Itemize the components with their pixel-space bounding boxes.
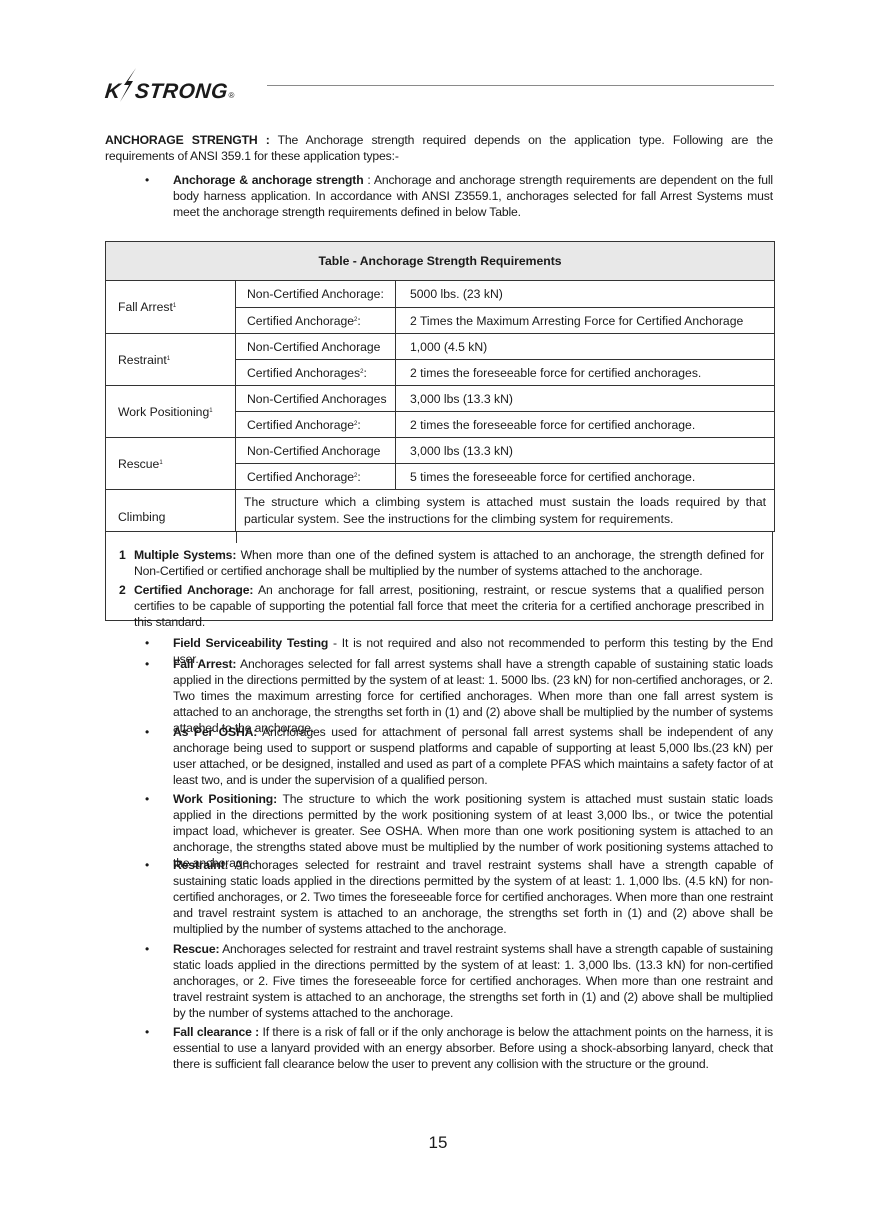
table-group-climbing: Climbing The structure which a climbing …	[106, 490, 774, 531]
table-row: Non-Certified Anchorage:5000 lbs. (23 kN…	[236, 281, 774, 308]
brand-logo: K STRONG ®	[105, 68, 234, 102]
climbing-text: The structure which a climbing system is…	[236, 490, 774, 531]
bullet-icon: •	[145, 172, 149, 188]
group-label: Climbing	[106, 490, 236, 531]
divider	[236, 532, 237, 543]
group-label: Work Positioning1	[106, 386, 236, 437]
table-title: Table - Anchorage Strength Requirements	[106, 242, 774, 281]
bullet-icon: •	[145, 724, 149, 740]
table-row: Non-Certified Anchorage3,000 lbs (13.3 k…	[236, 438, 774, 464]
table-group-work-positioning: Work Positioning1 Non-Certified Anchorag…	[106, 386, 774, 438]
registered-mark: ®	[229, 91, 235, 100]
bullet-anchorage-strength: • Anchorage & anchorage strength : Ancho…	[145, 172, 773, 220]
bullet-icon: •	[145, 1024, 149, 1040]
brand-suffix: STRONG	[134, 81, 229, 102]
table-footnotes: 1 Multiple Systems: When more than one o…	[105, 532, 773, 621]
footnote-1: 1 Multiple Systems: When more than one o…	[119, 547, 764, 579]
group-label: Restraint1	[106, 334, 236, 385]
footnote-2: 2 Certified Anchorage: An anchorage for …	[119, 582, 764, 630]
bullet-icon: •	[145, 941, 149, 957]
table-group-rescue: Rescue1 Non-Certified Anchorage3,000 lbs…	[106, 438, 774, 490]
bullet-fall-clearance: • Fall clearance : If there is a risk of…	[145, 1024, 773, 1072]
table-row: Certified Anchorages2:2 times the forese…	[236, 360, 774, 385]
table-row: Non-Certified Anchorages3,000 lbs (13.3 …	[236, 386, 774, 412]
table-row: Certified Anchorage2:2 Times the Maximum…	[236, 308, 774, 333]
bullet-icon: •	[145, 656, 149, 672]
page-number: 15	[0, 1133, 876, 1153]
bullet-rescue: • Rescue: Anchorages selected for restra…	[145, 941, 773, 1021]
table-group-fall-arrest: Fall Arrest1 Non-Certified Anchorage:500…	[106, 281, 774, 334]
bullet-title: Anchorage & anchorage strength	[173, 173, 364, 187]
group-label: Fall Arrest1	[106, 281, 236, 333]
table-row: Non-Certified Anchorage1,000 (4.5 kN)	[236, 334, 774, 360]
bullet-restraint: • Restraint: Anchorages selected for res…	[145, 857, 773, 937]
header-divider	[267, 85, 774, 86]
intro-heading: ANCHORAGE STRENGTH :	[105, 133, 270, 147]
intro-paragraph: ANCHORAGE STRENGTH : The Anchorage stren…	[105, 132, 773, 164]
anchorage-strength-table: Table - Anchorage Strength Requirements …	[105, 241, 775, 532]
group-label: Rescue1	[106, 438, 236, 489]
bullet-icon: •	[145, 635, 149, 651]
bullet-osha: • As Per OSHA: Anchorages used for attac…	[145, 724, 773, 788]
bullet-icon: •	[145, 791, 149, 807]
table-group-restraint: Restraint1 Non-Certified Anchorage1,000 …	[106, 334, 774, 386]
table-row: Certified Anchorage2:2 times the foresee…	[236, 412, 774, 437]
table-row: Certified Anchorage2:5 times the foresee…	[236, 464, 774, 489]
bullet-icon: •	[145, 857, 149, 873]
